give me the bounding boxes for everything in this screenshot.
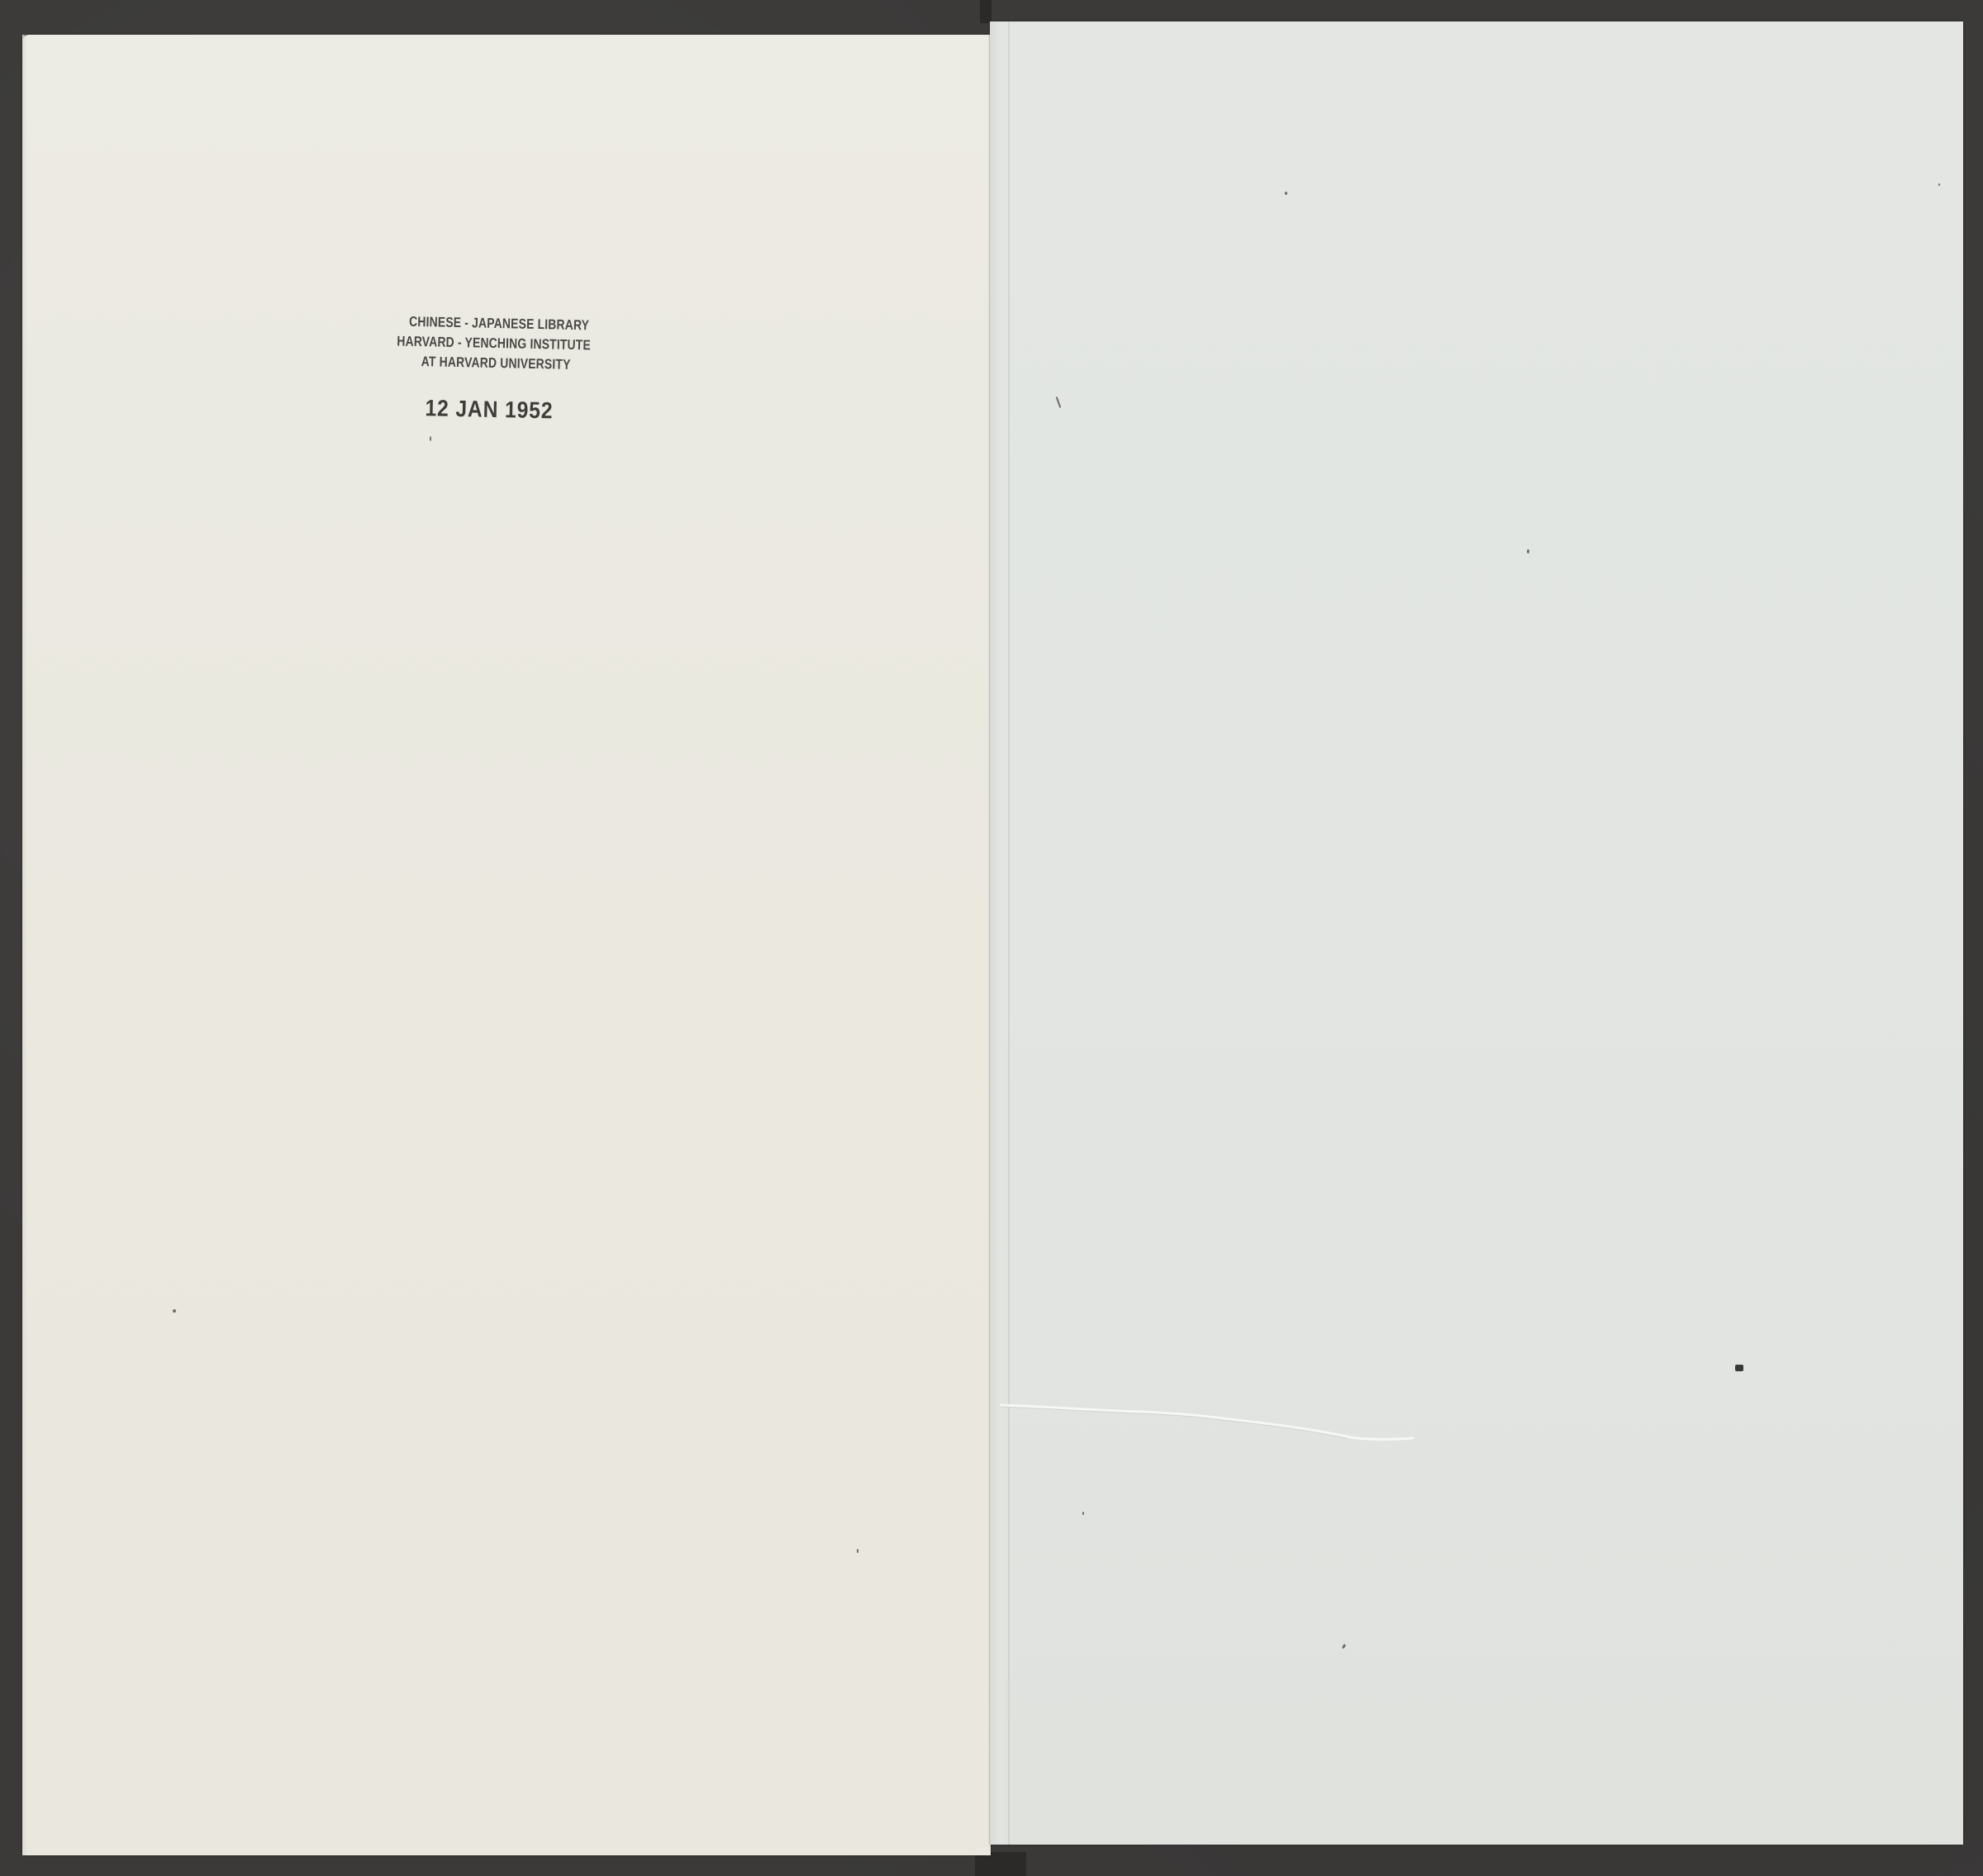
gutter-gap-bottom <box>975 1852 1026 1876</box>
paper-speck <box>430 436 431 441</box>
paper-speck <box>1082 1512 1084 1515</box>
gutter-shadow <box>990 21 1006 1845</box>
paper-speck <box>1285 192 1287 195</box>
ink-mark <box>1735 1365 1743 1371</box>
library-stamp: CHINESE - JAPANESE LIBRARY HARVARD - YEN… <box>354 311 638 425</box>
fold-line <box>1008 21 1010 1845</box>
stamp-line-university: AT HARVARD UNIVERSITY <box>381 351 611 376</box>
stamp-date: 12 JAN 1952 <box>360 394 618 426</box>
paper-speck <box>1527 549 1529 553</box>
left-page <box>22 35 991 1855</box>
paper-crease <box>1000 1400 1429 1441</box>
right-page <box>990 21 1963 1845</box>
gutter-gap-top <box>980 0 991 23</box>
page-edge <box>22 35 27 1855</box>
paper-speck <box>1938 183 1940 186</box>
paper-speck <box>173 1309 176 1313</box>
paper-speck <box>857 1549 858 1553</box>
